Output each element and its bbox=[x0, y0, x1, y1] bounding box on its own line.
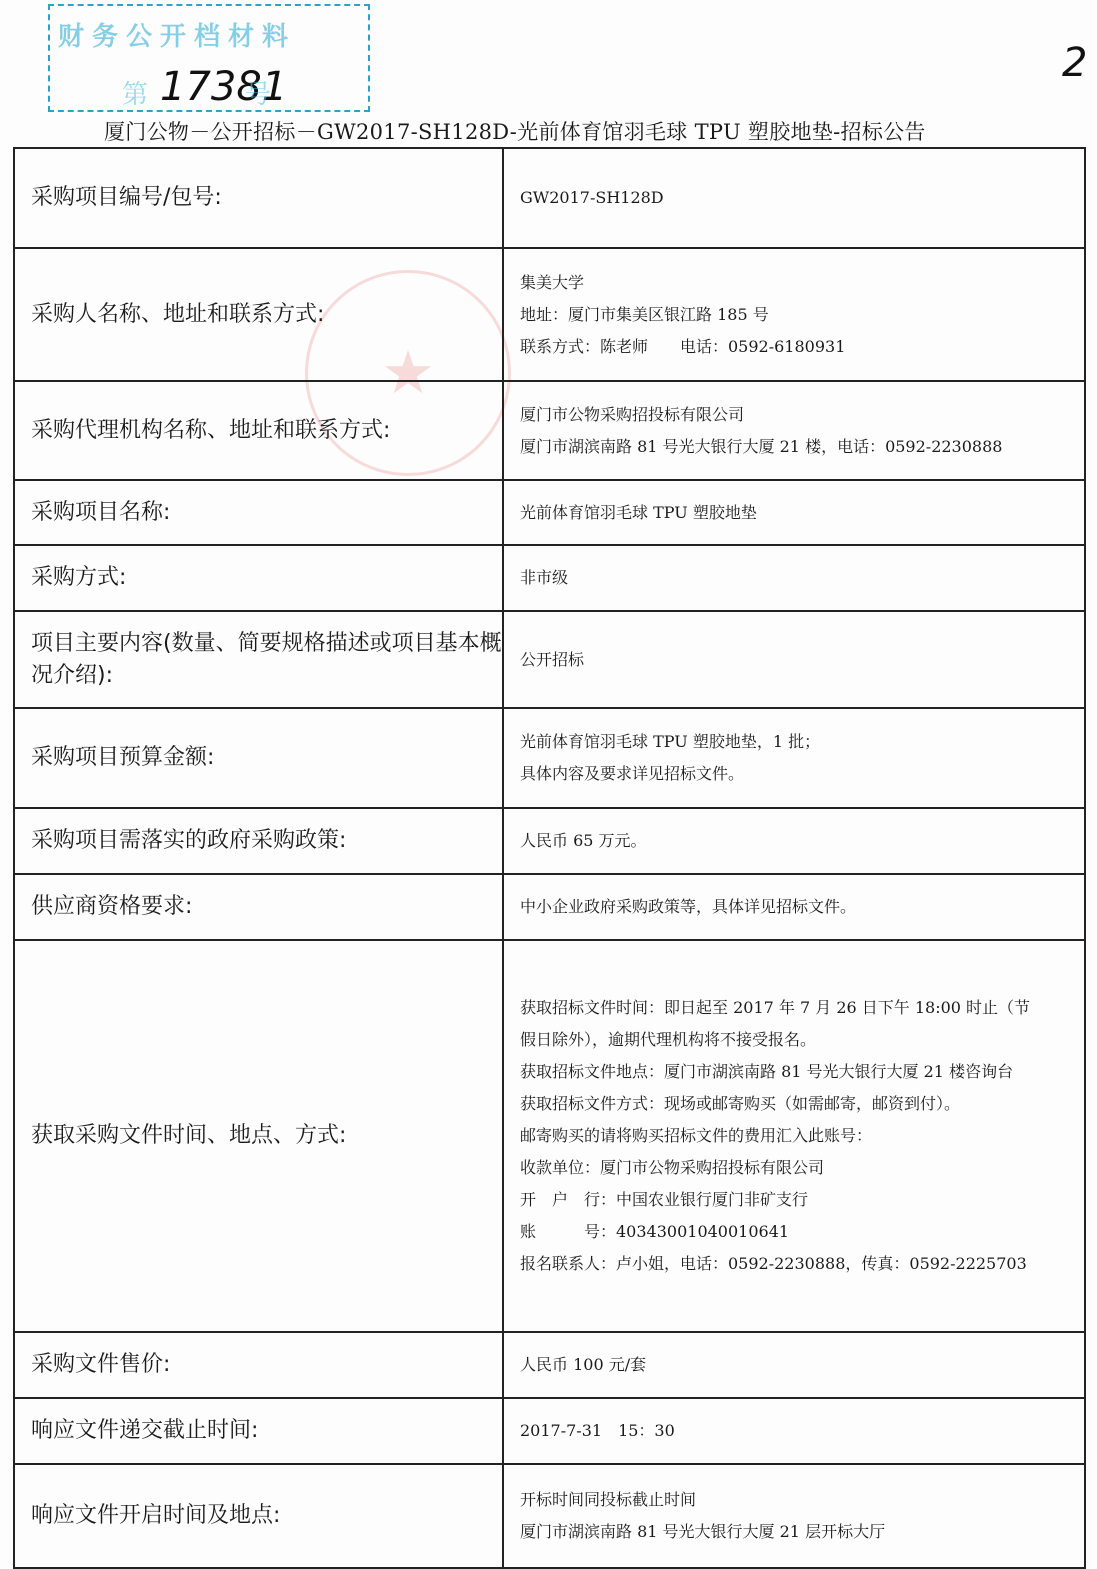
value-line: 获取招标文件时间：即日起至 2017 年 7 月 26 日下午 18:00 时止… bbox=[520, 992, 1070, 1024]
value-line: 假日除外），逾期代理机构将不接受报名。 bbox=[520, 1024, 1070, 1056]
value-line: 获取招标文件地点：厦门市湖滨南路 81 号光大银行大厦 21 楼咨询台 bbox=[520, 1056, 1070, 1088]
row-value: 公开招标 bbox=[503, 611, 1085, 708]
value-line: 具体内容及要求详见招标文件。 bbox=[520, 758, 1070, 790]
table-row: 获取采购文件时间、地点、方式:获取招标文件时间：即日起至 2017 年 7 月 … bbox=[14, 940, 1085, 1332]
value-line: 2017-7-31 15：30 bbox=[520, 1415, 1070, 1447]
table-row: 采购项目名称:光前体育馆羽毛球 TPU 塑胶地垫 bbox=[14, 480, 1085, 545]
table-row: 响应文件递交截止时间:2017-7-31 15：30 bbox=[14, 1398, 1085, 1464]
row-value: 集美大学地址：厦门市集美区银江路 185 号联系方式：陈老师 电话：0592-6… bbox=[503, 248, 1085, 381]
value-line: 获取招标文件方式：现场或邮寄购买（如需邮寄，邮资到付）。 bbox=[520, 1088, 1070, 1120]
page-number-mark: 2 bbox=[1062, 40, 1087, 86]
row-label: 采购项目编号/包号: bbox=[14, 148, 503, 248]
row-label: 项目主要内容(数量、简要规格描述或项目基本概况介绍): bbox=[14, 611, 503, 708]
value-line: 厦门市湖滨南路 81 号光大银行大厦 21 楼，电话：0592-2230888 bbox=[520, 431, 1070, 463]
value-line: 收款单位：厦门市公物采购招投标有限公司 bbox=[520, 1152, 1070, 1184]
value-line: 中小企业政府采购政策等，具体详见招标文件。 bbox=[520, 891, 1070, 923]
row-label: 采购人名称、地址和联系方式: bbox=[14, 248, 503, 381]
value-line: 邮寄购买的请将购买招标文件的费用汇入此账号： bbox=[520, 1120, 1070, 1152]
document-title: 厦门公物－公开招标－GW2017-SH128D-光前体育馆羽毛球 TPU 塑胶地… bbox=[104, 116, 926, 146]
row-label: 采购文件售价: bbox=[14, 1332, 503, 1398]
table-row: 响应文件开启时间及地点:开标时间同投标截止时间厦门市湖滨南路 81 号光大银行大… bbox=[14, 1464, 1085, 1568]
value-line: 非市级 bbox=[520, 562, 1070, 594]
value-line: 公开招标 bbox=[520, 644, 1070, 676]
value-line: 光前体育馆羽毛球 TPU 塑胶地垫 bbox=[520, 497, 1070, 529]
value-line: 厦门市湖滨南路 81 号光大银行大厦 21 层开标大厅 bbox=[520, 1516, 1070, 1548]
value-line: 联系方式：陈老师 电话：0592-6180931 bbox=[520, 331, 1070, 363]
stamp-title: 财务公开档材料 bbox=[58, 16, 296, 53]
row-value: 获取招标文件时间：即日起至 2017 年 7 月 26 日下午 18:00 时止… bbox=[503, 940, 1085, 1332]
row-label: 采购代理机构名称、地址和联系方式: bbox=[14, 381, 503, 480]
table-row: 供应商资格要求:中小企业政府采购政策等，具体详见招标文件。 bbox=[14, 874, 1085, 940]
table-row: 采购文件售价:人民币 100 元/套 bbox=[14, 1332, 1085, 1398]
table-row: 采购项目预算金额:光前体育馆羽毛球 TPU 塑胶地垫，1 批；具体内容及要求详见… bbox=[14, 708, 1085, 808]
table-row: 采购项目编号/包号:GW2017-SH128D bbox=[14, 148, 1085, 248]
table-row: 采购人名称、地址和联系方式:集美大学地址：厦门市集美区银江路 185 号联系方式… bbox=[14, 248, 1085, 381]
table-row: 项目主要内容(数量、简要规格描述或项目基本概况介绍):公开招标 bbox=[14, 611, 1085, 708]
archive-stamp: 财务公开档材料 第 17381 号 bbox=[48, 4, 370, 112]
row-label: 响应文件开启时间及地点: bbox=[14, 1464, 503, 1568]
row-label: 采购项目需落实的政府采购政策: bbox=[14, 808, 503, 874]
row-label: 获取采购文件时间、地点、方式: bbox=[14, 940, 503, 1332]
table-row: 采购方式:非市级 bbox=[14, 545, 1085, 611]
announcement-table: 采购项目编号/包号:GW2017-SH128D采购人名称、地址和联系方式:集美大… bbox=[13, 147, 1086, 1569]
row-value: 非市级 bbox=[503, 545, 1085, 611]
row-label: 采购方式: bbox=[14, 545, 503, 611]
row-value: 中小企业政府采购政策等，具体详见招标文件。 bbox=[503, 874, 1085, 940]
value-line: 开标时间同投标截止时间 bbox=[520, 1484, 1070, 1516]
value-line: 开 户 行：中国农业银行厦门非矿支行 bbox=[520, 1184, 1070, 1216]
value-line: 人民币 65 万元。 bbox=[520, 825, 1070, 857]
row-value: 光前体育馆羽毛球 TPU 塑胶地垫 bbox=[503, 480, 1085, 545]
value-line: 地址：厦门市集美区银江路 185 号 bbox=[520, 299, 1070, 331]
value-line: 集美大学 bbox=[520, 267, 1070, 299]
row-value: GW2017-SH128D bbox=[503, 148, 1085, 248]
value-line: 厦门市公物采购招投标有限公司 bbox=[520, 399, 1070, 431]
value-line: 光前体育馆羽毛球 TPU 塑胶地垫，1 批； bbox=[520, 726, 1070, 758]
row-label: 供应商资格要求: bbox=[14, 874, 503, 940]
table-row: 采购代理机构名称、地址和联系方式:厦门市公物采购招投标有限公司厦门市湖滨南路 8… bbox=[14, 381, 1085, 480]
value-line: 人民币 100 元/套 bbox=[520, 1349, 1070, 1381]
row-value: 光前体育馆羽毛球 TPU 塑胶地垫，1 批；具体内容及要求详见招标文件。 bbox=[503, 708, 1085, 808]
row-value: 人民币 65 万元。 bbox=[503, 808, 1085, 874]
row-value: 人民币 100 元/套 bbox=[503, 1332, 1085, 1398]
table-row: 采购项目需落实的政府采购政策:人民币 65 万元。 bbox=[14, 808, 1085, 874]
row-value: 厦门市公物采购招投标有限公司厦门市湖滨南路 81 号光大银行大厦 21 楼，电话… bbox=[503, 381, 1085, 480]
value-line: 报名联系人：卢小姐，电话：0592-2230888，传真：0592-222570… bbox=[520, 1248, 1070, 1280]
stamp-suffix: 号 bbox=[245, 74, 271, 111]
value-line: GW2017-SH128D bbox=[520, 182, 1070, 214]
row-value: 开标时间同投标截止时间厦门市湖滨南路 81 号光大银行大厦 21 层开标大厅 bbox=[503, 1464, 1085, 1568]
row-value: 2017-7-31 15：30 bbox=[503, 1398, 1085, 1464]
stamp-prefix: 第 bbox=[122, 74, 148, 111]
row-label: 采购项目名称: bbox=[14, 480, 503, 545]
row-label: 响应文件递交截止时间: bbox=[14, 1398, 503, 1464]
value-line: 账 号：40343001040010641 bbox=[520, 1216, 1070, 1248]
row-label: 采购项目预算金额: bbox=[14, 708, 503, 808]
